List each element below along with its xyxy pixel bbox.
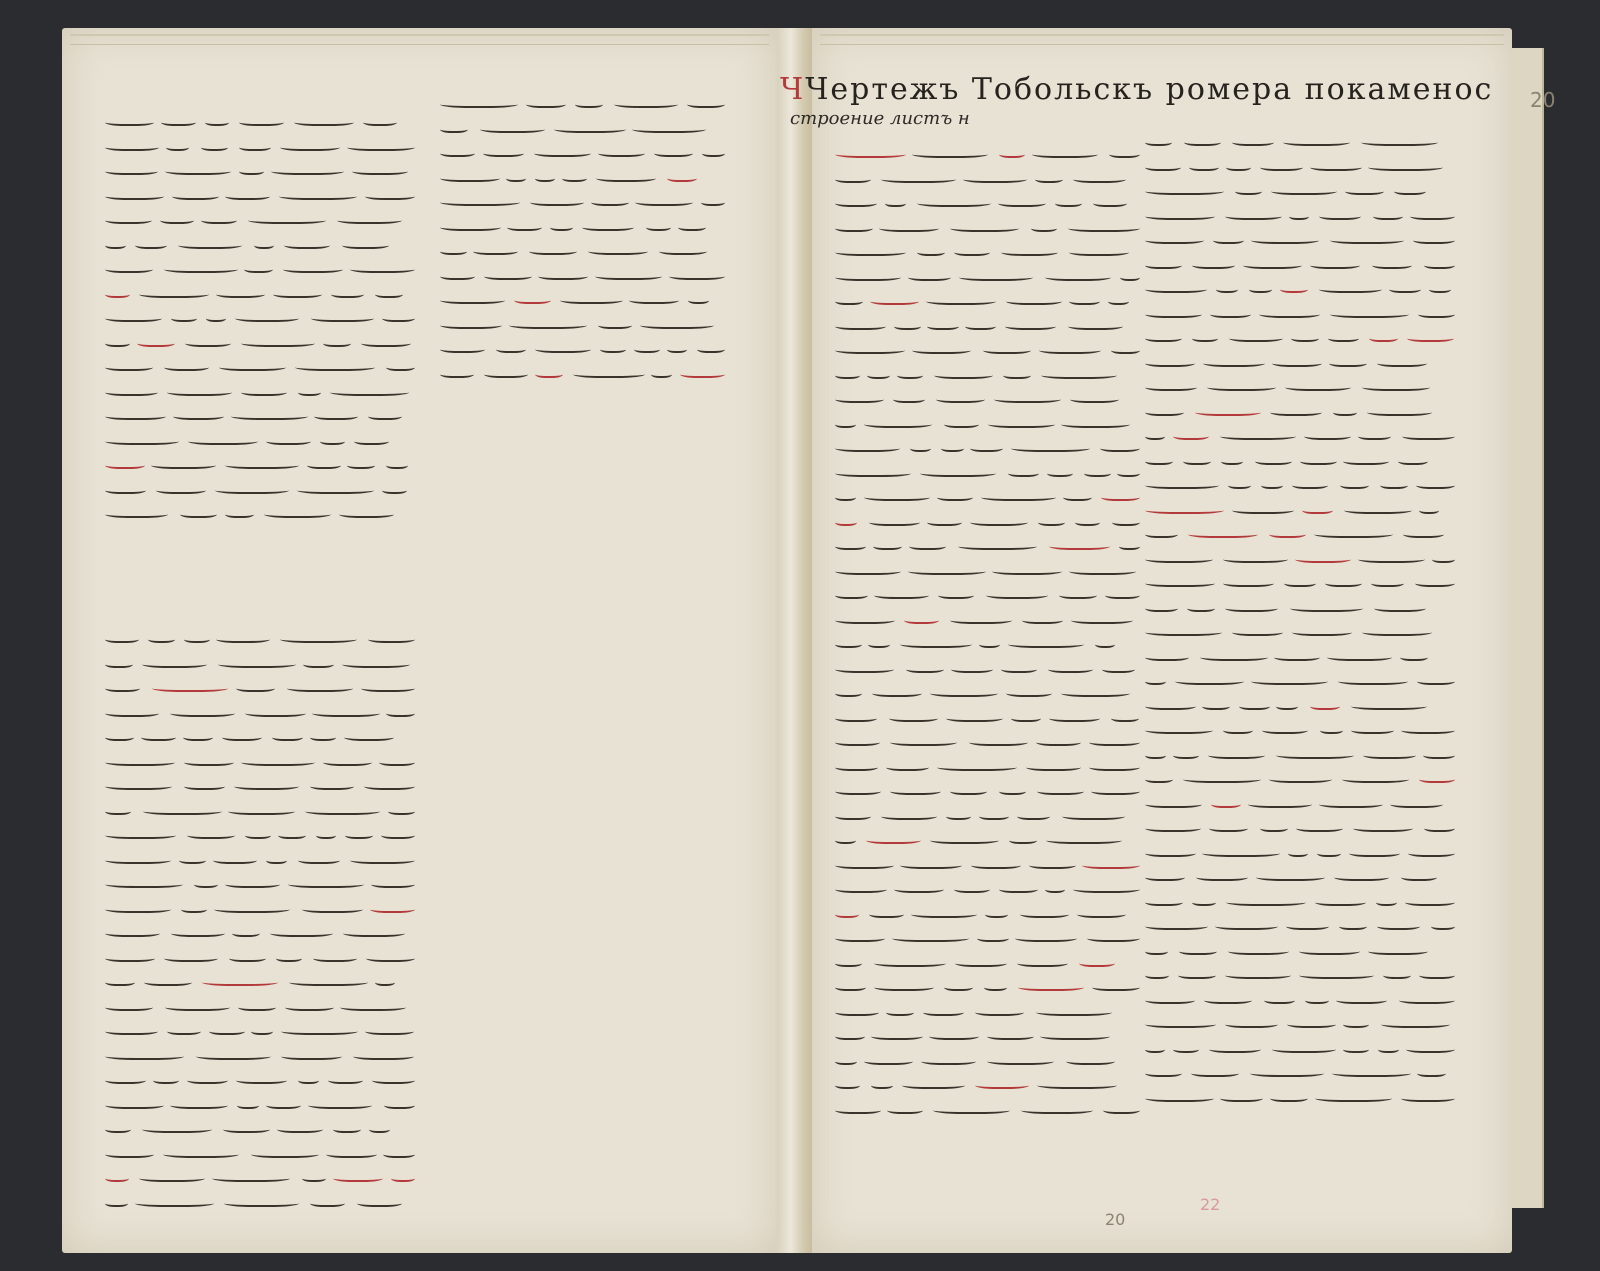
handwritten-word (1280, 284, 1308, 293)
handwritten-word (105, 1173, 129, 1182)
handwritten-word (904, 615, 940, 624)
handwritten-word (1209, 823, 1249, 832)
handwritten-word (1038, 517, 1065, 526)
handwritten-word (1073, 174, 1126, 183)
handwritten-line (440, 188, 725, 213)
handwritten-word (1343, 1019, 1370, 1028)
handwritten-word (886, 762, 930, 771)
handwritten-word (166, 142, 189, 151)
handwritten-word (1045, 884, 1065, 893)
handwritten-word (1031, 223, 1057, 232)
handwritten-word (1145, 725, 1213, 734)
handwritten-word (864, 492, 930, 501)
handwritten-word (241, 338, 315, 347)
handwritten-word (1145, 578, 1215, 587)
handwritten-word (999, 786, 1026, 795)
handwritten-word (911, 909, 978, 918)
handwritten-word (1216, 284, 1238, 293)
handwritten-word (375, 977, 396, 986)
handwritten-word (701, 197, 725, 206)
handwritten-word (1251, 676, 1328, 685)
handwritten-word (1284, 578, 1315, 587)
handwritten-word (867, 370, 890, 379)
handwritten-line (440, 335, 725, 360)
handwritten-word (929, 1031, 979, 1040)
handwritten-word (313, 953, 357, 962)
handwritten-word (139, 289, 209, 298)
handwritten-line (1145, 765, 1455, 790)
handwritten-word (835, 835, 856, 844)
handwritten-word (1077, 909, 1127, 918)
handwritten-line (105, 427, 415, 452)
handwritten-word (1084, 468, 1111, 477)
handwritten-word (1351, 701, 1427, 710)
handwritten-word (999, 149, 1025, 158)
handwritten-word (266, 855, 286, 864)
handwritten-word (1269, 529, 1306, 538)
handwritten-word (659, 246, 707, 255)
handwritten-word (893, 394, 924, 403)
handwritten-word (1296, 823, 1343, 832)
handwritten-word (1111, 713, 1139, 722)
handwritten-line (835, 606, 1140, 631)
handwritten-word (1319, 211, 1361, 220)
handwritten-word (1401, 1093, 1455, 1102)
handwritten-word (959, 272, 1033, 281)
handwritten-word (835, 492, 856, 501)
handwritten-word (333, 1173, 384, 1182)
handwritten-line (1145, 741, 1455, 766)
handwritten-word (1145, 162, 1181, 171)
handwritten-word (535, 344, 590, 353)
handwritten-word (1330, 235, 1404, 244)
handwritten-word (987, 1031, 1034, 1040)
handwritten-word (386, 708, 415, 717)
handwritten-word (598, 320, 632, 329)
handwritten-word (1251, 235, 1319, 244)
handwritten-word (835, 468, 911, 477)
handwritten-word (560, 295, 623, 304)
handwritten-word (105, 338, 130, 347)
handwritten-word (1173, 750, 1199, 759)
handwritten-word (534, 148, 591, 157)
handwritten-word (105, 166, 158, 175)
handwritten-word (1112, 517, 1140, 526)
handwritten-line (1145, 790, 1455, 815)
handwritten-word (237, 1100, 259, 1109)
handwritten-word (266, 1100, 301, 1109)
handwritten-word (1145, 676, 1166, 685)
handwritten-line (1145, 667, 1455, 692)
handwritten-word (1055, 198, 1081, 207)
handwritten-word (105, 362, 153, 371)
handwritten-word (1261, 480, 1283, 489)
handwritten-word (886, 1007, 913, 1016)
handwritten-word (361, 338, 411, 347)
handwritten-word (1145, 284, 1207, 293)
handwritten-word (370, 904, 415, 913)
handwritten-word (382, 485, 407, 494)
handwritten-word (1220, 1093, 1263, 1102)
handwritten-word (135, 240, 168, 249)
handwritten-line (105, 157, 415, 182)
handwritten-word (1046, 835, 1121, 844)
handwritten-word (1184, 137, 1221, 146)
handwritten-word (963, 174, 1028, 183)
handwritten-word (1145, 235, 1204, 244)
handwritten-word (1189, 162, 1219, 171)
handwritten-word (1291, 333, 1319, 342)
handwritten-word (835, 884, 887, 893)
handwritten-word (1381, 1019, 1450, 1028)
handwritten-line (1145, 569, 1455, 594)
handwritten-word (105, 485, 146, 494)
handwritten-word (1145, 701, 1196, 710)
right-page-heading: ЧЧертежъ Тобольскъ ромера покаменос (780, 72, 1493, 107)
handwritten-word (954, 247, 990, 256)
handwritten-word (1334, 872, 1389, 881)
handwritten-line (105, 133, 415, 158)
handwritten-word (1389, 284, 1421, 293)
handwritten-word (669, 271, 725, 280)
handwritten-word (331, 289, 365, 298)
handwritten-word (509, 320, 587, 329)
handwritten-word (1032, 149, 1098, 158)
handwritten-word (365, 191, 415, 200)
handwritten-line (1145, 251, 1455, 276)
handwritten-word (1063, 492, 1092, 501)
handwritten-word (218, 659, 296, 668)
handwritten-line (1145, 814, 1455, 839)
handwritten-word (1315, 897, 1366, 906)
handwritten-word (988, 419, 1055, 428)
handwritten-line (1145, 1084, 1455, 1109)
handwritten-word (1059, 590, 1097, 599)
handwritten-word (985, 909, 1008, 918)
handwritten-word (1264, 995, 1295, 1004)
handwritten-line (440, 262, 725, 287)
handwritten-word (535, 369, 563, 378)
handwritten-word (999, 884, 1038, 893)
handwritten-word (1089, 737, 1140, 746)
handwritten-line (440, 286, 725, 311)
handwritten-word (1145, 652, 1189, 661)
handwritten-word (1145, 921, 1208, 930)
handwritten-word (205, 117, 230, 126)
handwritten-word (1260, 162, 1303, 171)
handwritten-word (185, 338, 231, 347)
handwritten-word (1383, 970, 1411, 979)
handwritten-word (1286, 921, 1329, 930)
handwritten-word (697, 344, 725, 353)
handwritten-word (298, 855, 339, 864)
handwritten-word (381, 830, 415, 839)
handwritten-line (105, 625, 415, 650)
handwritten-line (835, 753, 1140, 778)
handwritten-word (105, 460, 145, 469)
handwritten-word (1394, 186, 1426, 195)
handwritten-word (344, 732, 395, 741)
handwritten-word (1332, 1068, 1411, 1077)
handwritten-word (347, 460, 375, 469)
handwritten-line (105, 1042, 415, 1067)
handwritten-word (213, 855, 257, 864)
handwritten-word (1061, 419, 1129, 428)
handwritten-word (184, 781, 225, 790)
handwritten-word (281, 1051, 341, 1060)
handwritten-word (1270, 1093, 1308, 1102)
handwritten-word (1092, 982, 1140, 991)
handwritten-word (894, 321, 920, 330)
handwritten-word (1304, 431, 1351, 440)
handwritten-word (215, 485, 288, 494)
handwritten-word (654, 148, 693, 157)
handwritten-word (480, 124, 545, 133)
handwritten-word (173, 411, 225, 420)
handwritten-word (1105, 590, 1140, 599)
handwritten-word (835, 909, 859, 918)
handwritten-word (1368, 946, 1428, 955)
handwritten-word (105, 1198, 128, 1207)
handwritten-word (202, 977, 278, 986)
handwritten-word (239, 142, 270, 151)
page-stack-edge (1512, 48, 1544, 1208)
handwritten-line (1145, 961, 1455, 986)
handwritten-word (1145, 1068, 1182, 1077)
handwritten-word (994, 394, 1060, 403)
handwritten-word (591, 197, 630, 206)
handwritten-word (868, 639, 890, 648)
handwritten-word (105, 1026, 158, 1035)
handwritten-line (1145, 618, 1455, 643)
handwritten-line (835, 459, 1140, 484)
handwritten-word (280, 634, 357, 643)
handwritten-word (219, 362, 286, 371)
handwritten-line (105, 919, 415, 944)
handwritten-word (992, 566, 1062, 575)
handwritten-word (1195, 407, 1261, 416)
right-page-column-left (835, 140, 1140, 1120)
handwritten-word (969, 737, 1028, 746)
handwritten-word (366, 953, 415, 962)
handwritten-word (1419, 505, 1439, 514)
handwritten-word (391, 1173, 415, 1182)
handwritten-word (890, 737, 957, 746)
handwritten-word (288, 879, 363, 888)
handwritten-word (892, 933, 968, 942)
handwritten-word (1377, 358, 1427, 367)
handwritten-word (264, 509, 331, 518)
handwritten-word (302, 1173, 326, 1182)
handwritten-line (105, 451, 415, 476)
handwritten-word (835, 174, 871, 183)
handwritten-word (934, 370, 994, 379)
handwritten-word (1029, 860, 1076, 869)
handwritten-word (1250, 1068, 1323, 1077)
handwritten-word (1145, 823, 1201, 832)
handwritten-word (1211, 799, 1242, 808)
handwritten-word (1018, 982, 1085, 991)
handwritten-line (1145, 912, 1455, 937)
handwritten-line (105, 329, 415, 354)
handwritten-word (1145, 1044, 1165, 1053)
handwritten-word (1290, 603, 1363, 612)
handwritten-word (1417, 676, 1455, 685)
handwritten-line (1145, 177, 1455, 202)
handwritten-word (333, 1124, 361, 1133)
handwritten-word (1319, 799, 1383, 808)
handwritten-word (835, 223, 873, 232)
handwritten-word (1183, 774, 1261, 783)
folio-number-bottom: 20 (1105, 1210, 1125, 1229)
handwritten-word (937, 762, 1017, 771)
handwritten-line (1145, 839, 1455, 864)
handwritten-word (1256, 872, 1324, 881)
handwritten-word (105, 977, 135, 986)
handwritten-word (1210, 309, 1251, 318)
handwritten-word (1288, 848, 1309, 857)
handwritten-word (1011, 713, 1040, 722)
handwritten-line (835, 361, 1140, 386)
handwritten-word (835, 149, 906, 158)
handwritten-word (305, 806, 380, 815)
handwritten-word (923, 1007, 964, 1016)
handwritten-word (970, 443, 1003, 452)
handwritten-word (933, 1105, 1010, 1114)
handwritten-word (287, 683, 353, 692)
handwritten-word (1079, 958, 1115, 967)
handwritten-word (167, 387, 232, 396)
handwritten-word (1285, 382, 1351, 391)
handwritten-word (225, 460, 299, 469)
handwritten-word (1300, 456, 1337, 465)
handwritten-line (835, 949, 1140, 974)
handwritten-word (214, 904, 290, 913)
handwritten-word (142, 1124, 211, 1133)
handwritten-word (1419, 970, 1455, 979)
handwritten-line (1145, 643, 1455, 668)
handwritten-line (440, 360, 725, 385)
handwritten-word (835, 982, 866, 991)
handwritten-word (1145, 407, 1184, 416)
handwritten-word (1015, 933, 1077, 942)
handwritten-word (600, 344, 625, 353)
handwritten-word (870, 296, 919, 305)
handwritten-line (105, 748, 415, 773)
handwritten-word (1371, 578, 1403, 587)
handwritten-line (105, 1017, 415, 1042)
handwritten-word (1295, 554, 1351, 563)
handwritten-word (1429, 284, 1451, 293)
handwritten-word (1196, 872, 1248, 881)
handwritten-word (375, 289, 403, 298)
handwritten-word (105, 659, 133, 668)
handwritten-word (279, 191, 356, 200)
handwritten-word (1340, 480, 1369, 489)
handwritten-word (900, 639, 972, 648)
handwritten-word (137, 338, 175, 347)
handwritten-word (440, 99, 518, 108)
handwritten-word (835, 296, 863, 305)
handwritten-word (1192, 333, 1218, 342)
handwritten-word (248, 215, 326, 224)
handwritten-line (835, 777, 1140, 802)
handwritten-word (270, 928, 333, 937)
handwritten-word (979, 639, 1000, 648)
handwritten-word (307, 460, 340, 469)
handwritten-word (271, 166, 344, 175)
handwritten-word (1221, 456, 1244, 465)
handwritten-word (152, 683, 229, 692)
handwritten-line (1145, 275, 1455, 300)
handwritten-word (1232, 137, 1274, 146)
handwritten-word (1432, 554, 1455, 563)
handwritten-word (667, 344, 687, 353)
handwritten-word (1017, 958, 1069, 967)
handwritten-word (105, 781, 172, 790)
handwritten-word (1407, 333, 1454, 342)
handwritten-word (187, 830, 235, 839)
handwritten-word (156, 485, 206, 494)
handwritten-word (194, 879, 218, 888)
handwritten-word (951, 664, 993, 673)
handwritten-word (1374, 603, 1426, 612)
handwritten-word (869, 517, 920, 526)
handwritten-word (640, 320, 714, 329)
handwritten-word (1424, 260, 1455, 269)
handwritten-line (835, 287, 1140, 312)
handwritten-word (294, 117, 353, 126)
handwritten-word (1022, 615, 1064, 624)
handwritten-word (575, 99, 602, 108)
handwritten-line (440, 311, 725, 336)
handwritten-word (142, 659, 208, 668)
handwritten-word (1006, 688, 1052, 697)
handwritten-word (232, 928, 260, 937)
handwritten-word (1145, 529, 1178, 538)
handwritten-line (105, 846, 415, 871)
handwritten-word (881, 174, 956, 183)
handwritten-word (496, 344, 526, 353)
right-page-subheading: строение листъ н (790, 108, 970, 129)
handwritten-line (105, 1115, 415, 1140)
handwritten-word (529, 246, 577, 255)
handwritten-word (688, 295, 709, 304)
handwritten-word (1145, 627, 1222, 636)
handwritten-word (1225, 211, 1282, 220)
handwritten-word (1145, 1019, 1216, 1028)
handwritten-word (971, 860, 1020, 869)
handwritten-word (588, 246, 648, 255)
handwritten-word (143, 806, 222, 815)
handwritten-line (835, 508, 1140, 533)
handwritten-word (151, 460, 215, 469)
handwritten-word (239, 117, 284, 126)
handwritten-word (1036, 1007, 1113, 1016)
handwritten-word (596, 173, 656, 182)
handwritten-line (1145, 373, 1455, 398)
handwritten-word (105, 634, 139, 643)
handwritten-word (614, 99, 679, 108)
handwritten-word (311, 313, 374, 322)
handwritten-word (1145, 480, 1219, 489)
handwritten-word (897, 370, 924, 379)
left-page-column-right-upper (440, 90, 725, 384)
handwritten-line (105, 944, 415, 969)
handwritten-word (273, 289, 322, 298)
handwritten-word (1100, 443, 1140, 452)
handwritten-word (835, 419, 856, 428)
